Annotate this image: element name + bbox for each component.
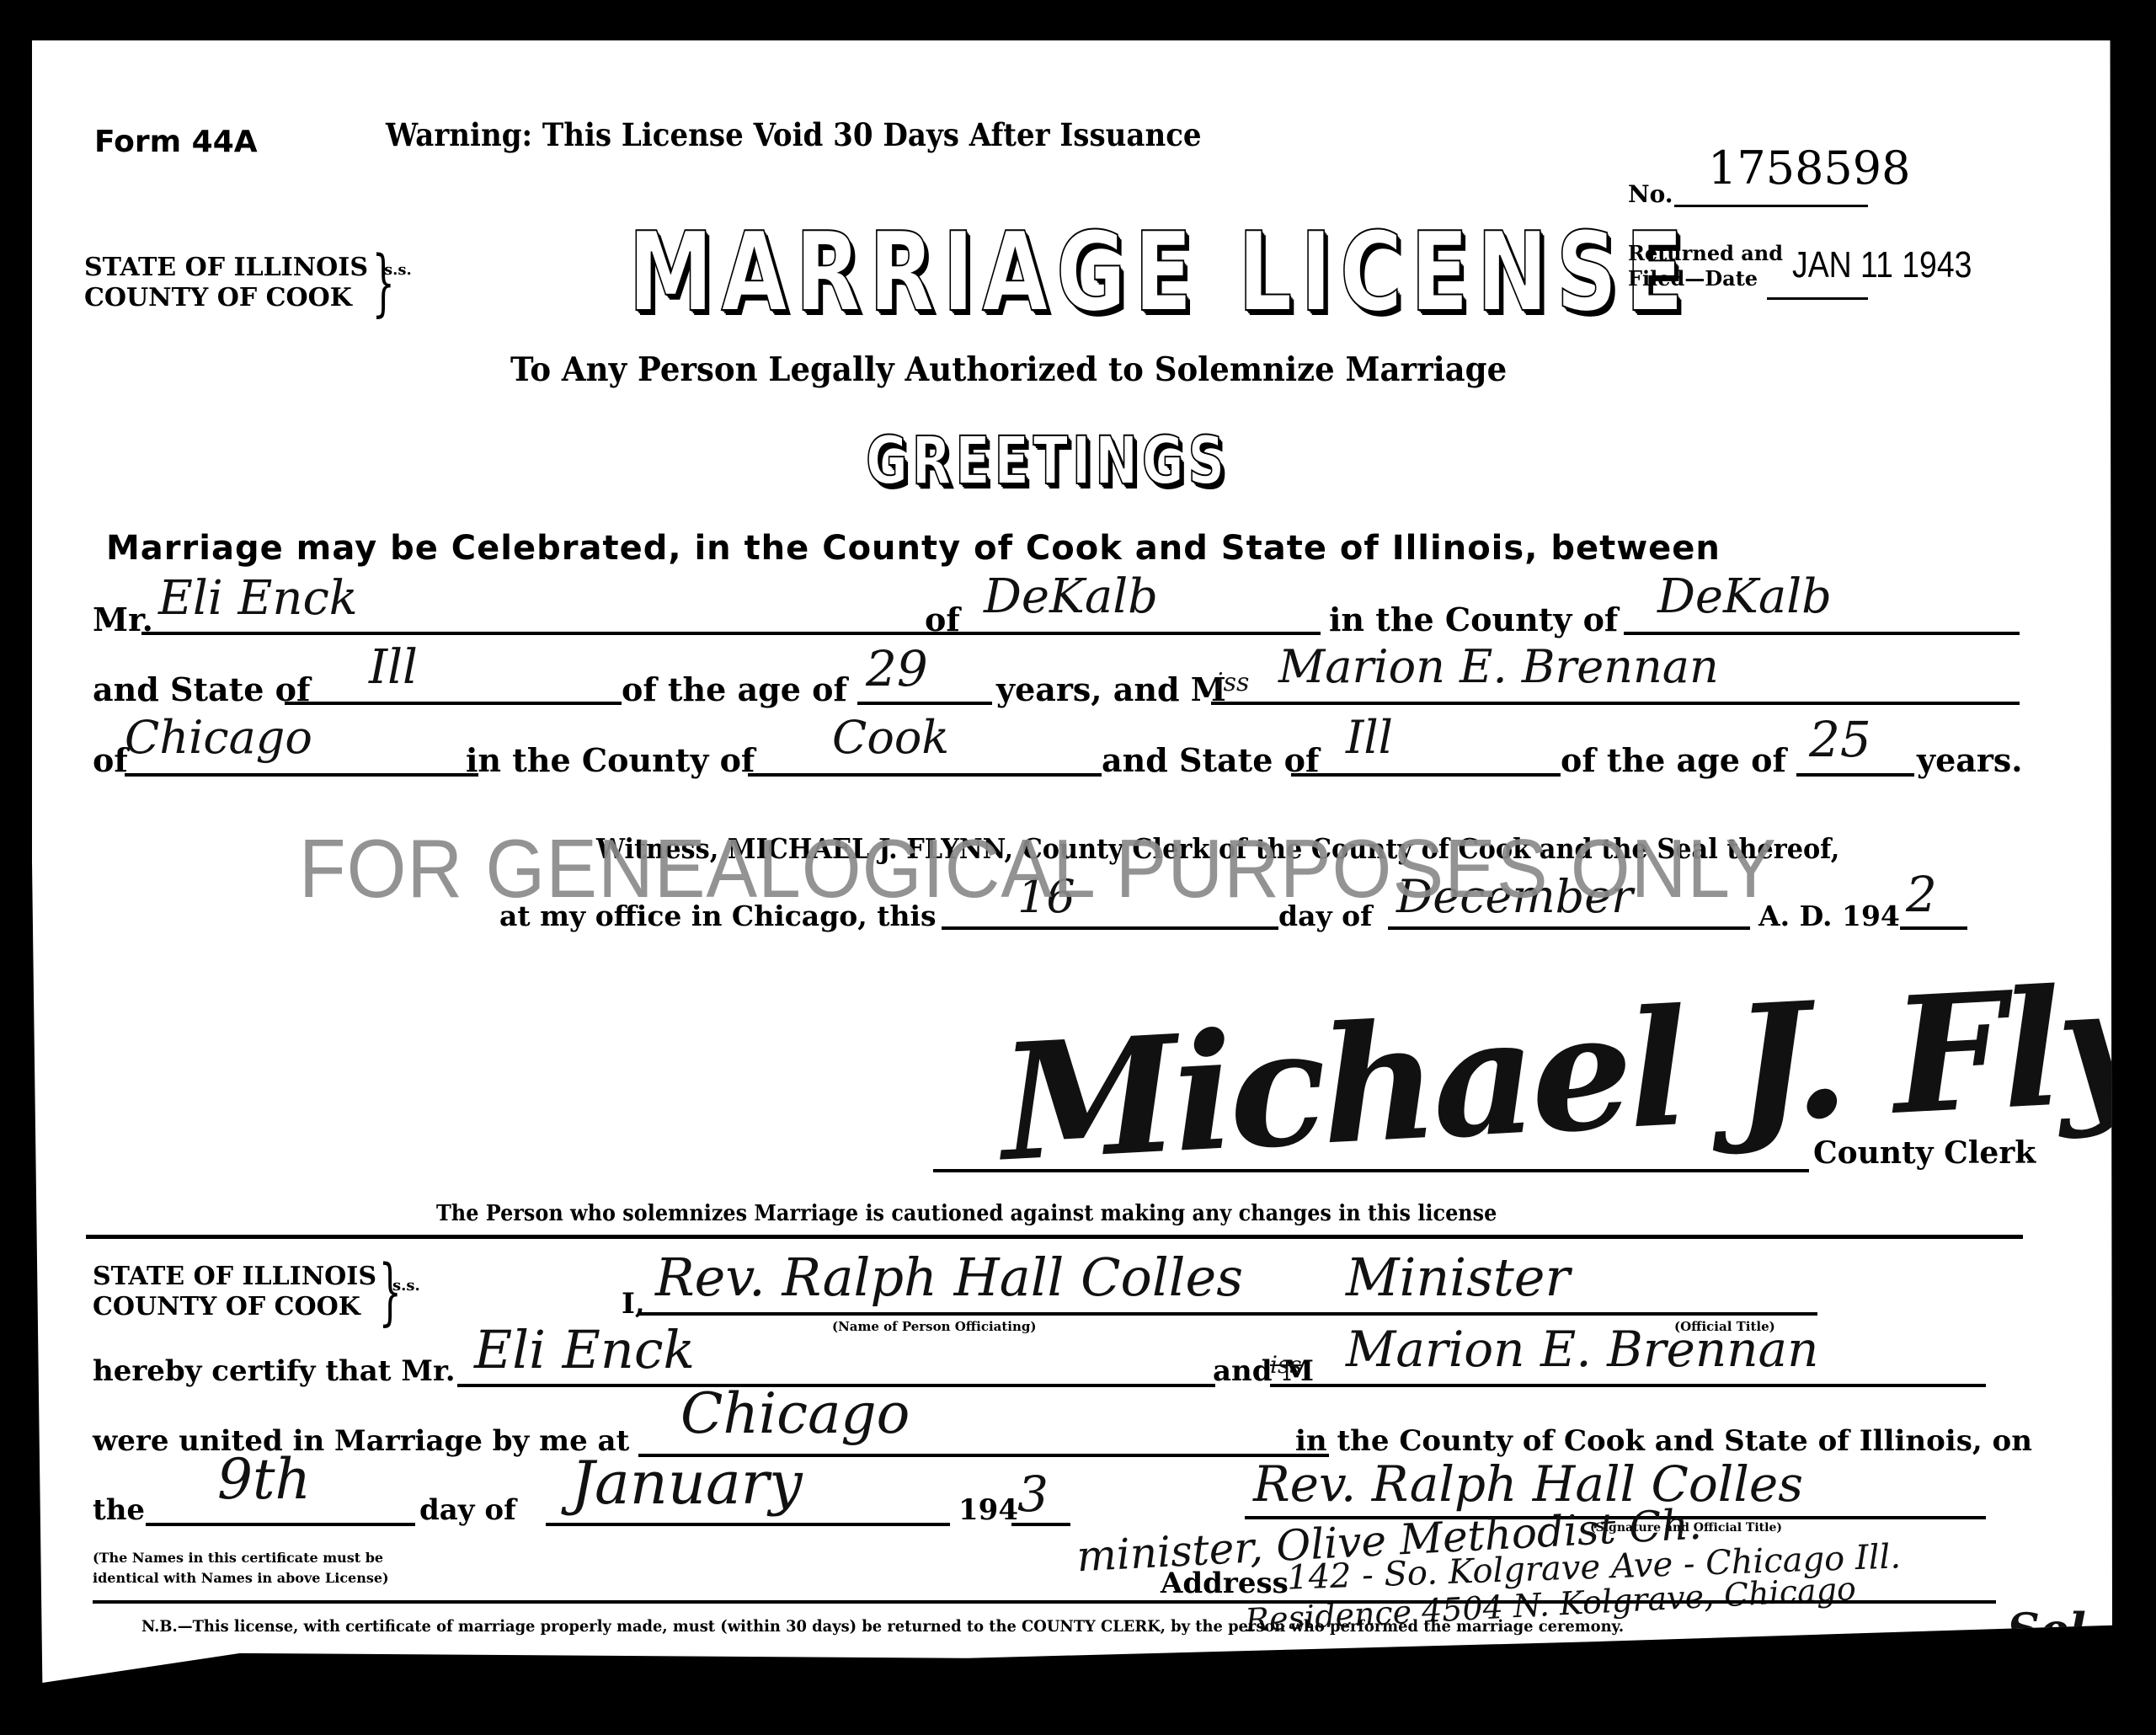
warning-text: Warning: This License Void 30 Days After… bbox=[386, 116, 1202, 153]
groom-age-line bbox=[857, 702, 992, 705]
place-field: Chicago bbox=[680, 1381, 910, 1446]
miss-prefix: iss bbox=[1215, 668, 1249, 697]
issue-year-line bbox=[1900, 926, 1967, 930]
address-label: Address bbox=[1161, 1567, 1289, 1600]
footer-divider bbox=[93, 1600, 1996, 1604]
ad-year-label: A. D. 194 bbox=[1758, 900, 1900, 932]
name-caption: (Name of Person Officiating) bbox=[832, 1319, 1037, 1334]
officiant-name-field: Rev. Ralph Hall Colles bbox=[655, 1247, 1243, 1308]
bride-county-line bbox=[748, 773, 1102, 777]
issue-day-line bbox=[942, 926, 1278, 930]
age-label: of the age of bbox=[622, 670, 847, 708]
bride-county-field: Cook bbox=[832, 711, 949, 764]
county-label: COUNTY OF COOK bbox=[84, 283, 368, 313]
bride-state-field: Ill bbox=[1346, 711, 1393, 764]
cert-ss-label: s.s. bbox=[392, 1277, 420, 1295]
years-and-label: years, and M bbox=[996, 670, 1226, 708]
i-label: I, bbox=[622, 1287, 645, 1321]
bride-state-line bbox=[1291, 773, 1561, 777]
wedding-day-line bbox=[146, 1523, 415, 1526]
wedding-month-line bbox=[546, 1523, 950, 1526]
form-number: Form 44A bbox=[94, 125, 258, 159]
of-label-2: of bbox=[93, 741, 128, 779]
section-divider bbox=[86, 1235, 2023, 1239]
nb-note: N.B.—This license, with certificate of m… bbox=[141, 1617, 1624, 1636]
cert-state-county-heading: STATE OF ILLINOIS COUNTY OF COOK bbox=[93, 1262, 376, 1322]
issue-year-digit: 2 bbox=[1906, 866, 1937, 923]
bride-age-field: 25 bbox=[1809, 711, 1871, 768]
and-state-label-2: and State of bbox=[1102, 741, 1319, 779]
document-title: MARRIAGE LICENSE bbox=[628, 213, 1691, 331]
caution-text: The Person who solemnizes Marriage is ca… bbox=[436, 1201, 1497, 1226]
greetings-heading: GREETINGS bbox=[866, 424, 1229, 499]
corner-mark: Sel. bbox=[2007, 1603, 2102, 1657]
cert-groom-name: Eli Enck bbox=[474, 1319, 695, 1380]
wedding-year-digit: 3 bbox=[1017, 1465, 1049, 1523]
groom-city-field: DeKalb bbox=[984, 569, 1158, 624]
cert-state-label: STATE OF ILLINOIS bbox=[93, 1262, 376, 1292]
groom-county-field: DeKalb bbox=[1657, 569, 1832, 624]
officiant-signature: Rev. Ralph Hall Colles bbox=[1253, 1455, 1803, 1513]
state-county-heading: STATE OF ILLINOIS COUNTY OF COOK bbox=[84, 253, 368, 313]
license-no-label: No. bbox=[1628, 180, 1673, 208]
names-note-line2: identical with Names in above License) bbox=[93, 1568, 389, 1588]
the-label: the bbox=[93, 1493, 145, 1527]
officiant-line bbox=[638, 1312, 1817, 1316]
names-note-line1: (The Names in this certificate must be bbox=[93, 1548, 389, 1568]
license-no-line bbox=[1674, 205, 1868, 207]
returned-filed-label: Returned and Filed—Date bbox=[1628, 241, 1783, 291]
celebration-intro: Marriage may be Celebrated, in the Count… bbox=[106, 529, 1721, 568]
cert-county-label: COUNTY OF COOK bbox=[93, 1292, 376, 1322]
cert-miss-prefix: iss bbox=[1270, 1351, 1302, 1379]
bride-city-field: Chicago bbox=[125, 711, 312, 764]
groom-name-field: Eli Enck bbox=[158, 571, 358, 626]
brace-icon: } bbox=[372, 241, 395, 325]
year-prefix: 194 bbox=[958, 1493, 1018, 1527]
cert-bride-name: Marion E. Brennan bbox=[1346, 1321, 1818, 1378]
license-number: 1758598 bbox=[1708, 141, 1911, 195]
in-county-label: in the County of bbox=[1329, 601, 1618, 638]
certify-label: hereby certify that Mr. bbox=[93, 1354, 456, 1388]
groom-age-field: 29 bbox=[866, 640, 928, 697]
groom-name-line bbox=[141, 632, 967, 635]
cert-bride-line bbox=[1270, 1384, 1986, 1387]
bride-name-field: Marion E. Brennan bbox=[1278, 640, 1719, 693]
ss-label: s.s. bbox=[384, 261, 412, 279]
license-document: Form 44A Warning: This License Void 30 D… bbox=[32, 40, 2112, 1683]
cert-county-state-label: in the County of Cook and State of Illin… bbox=[1295, 1424, 2032, 1458]
returned-date-stamp: JAN 11 1943 bbox=[1792, 244, 1972, 286]
names-note: (The Names in this certificate must be i… bbox=[93, 1548, 389, 1588]
wedding-month-field: January bbox=[571, 1449, 803, 1518]
united-label: were united in Marriage by me at bbox=[93, 1424, 629, 1458]
officiant-title-field: Minister bbox=[1346, 1247, 1570, 1308]
and-state-label: and State of bbox=[93, 670, 310, 708]
clerk-signature-line bbox=[933, 1169, 1809, 1172]
bride-name-line bbox=[1211, 702, 2020, 705]
filed-date-line bbox=[1767, 297, 1868, 300]
state-label: STATE OF ILLINOIS bbox=[84, 253, 368, 283]
genealogy-watermark: FOR GENEALOGICAL PURPOSES ONLY bbox=[299, 821, 1777, 916]
cert-day-of-label: day of bbox=[419, 1493, 516, 1527]
returned-label: Returned and bbox=[1628, 241, 1783, 266]
years-label: years. bbox=[1917, 741, 2023, 779]
issue-month-line bbox=[1388, 926, 1750, 930]
of-label: of bbox=[925, 601, 960, 638]
groom-city-line bbox=[958, 632, 1321, 635]
wedding-day-field: 9th bbox=[217, 1447, 311, 1512]
age-label-2: of the age of bbox=[1561, 741, 1786, 779]
filed-date-label: Filed—Date bbox=[1628, 266, 1783, 291]
groom-state-line bbox=[285, 702, 622, 705]
in-county-label-2: in the County of bbox=[466, 741, 755, 779]
bride-city-line bbox=[125, 773, 478, 777]
wedding-year-line bbox=[1011, 1523, 1070, 1526]
clerk-title: County Clerk bbox=[1813, 1135, 2036, 1171]
groom-county-line bbox=[1624, 632, 2020, 635]
groom-state-field: Ill bbox=[369, 640, 418, 695]
salutation: To Any Person Legally Authorized to Sole… bbox=[510, 350, 1507, 389]
bride-age-line bbox=[1796, 773, 1914, 777]
